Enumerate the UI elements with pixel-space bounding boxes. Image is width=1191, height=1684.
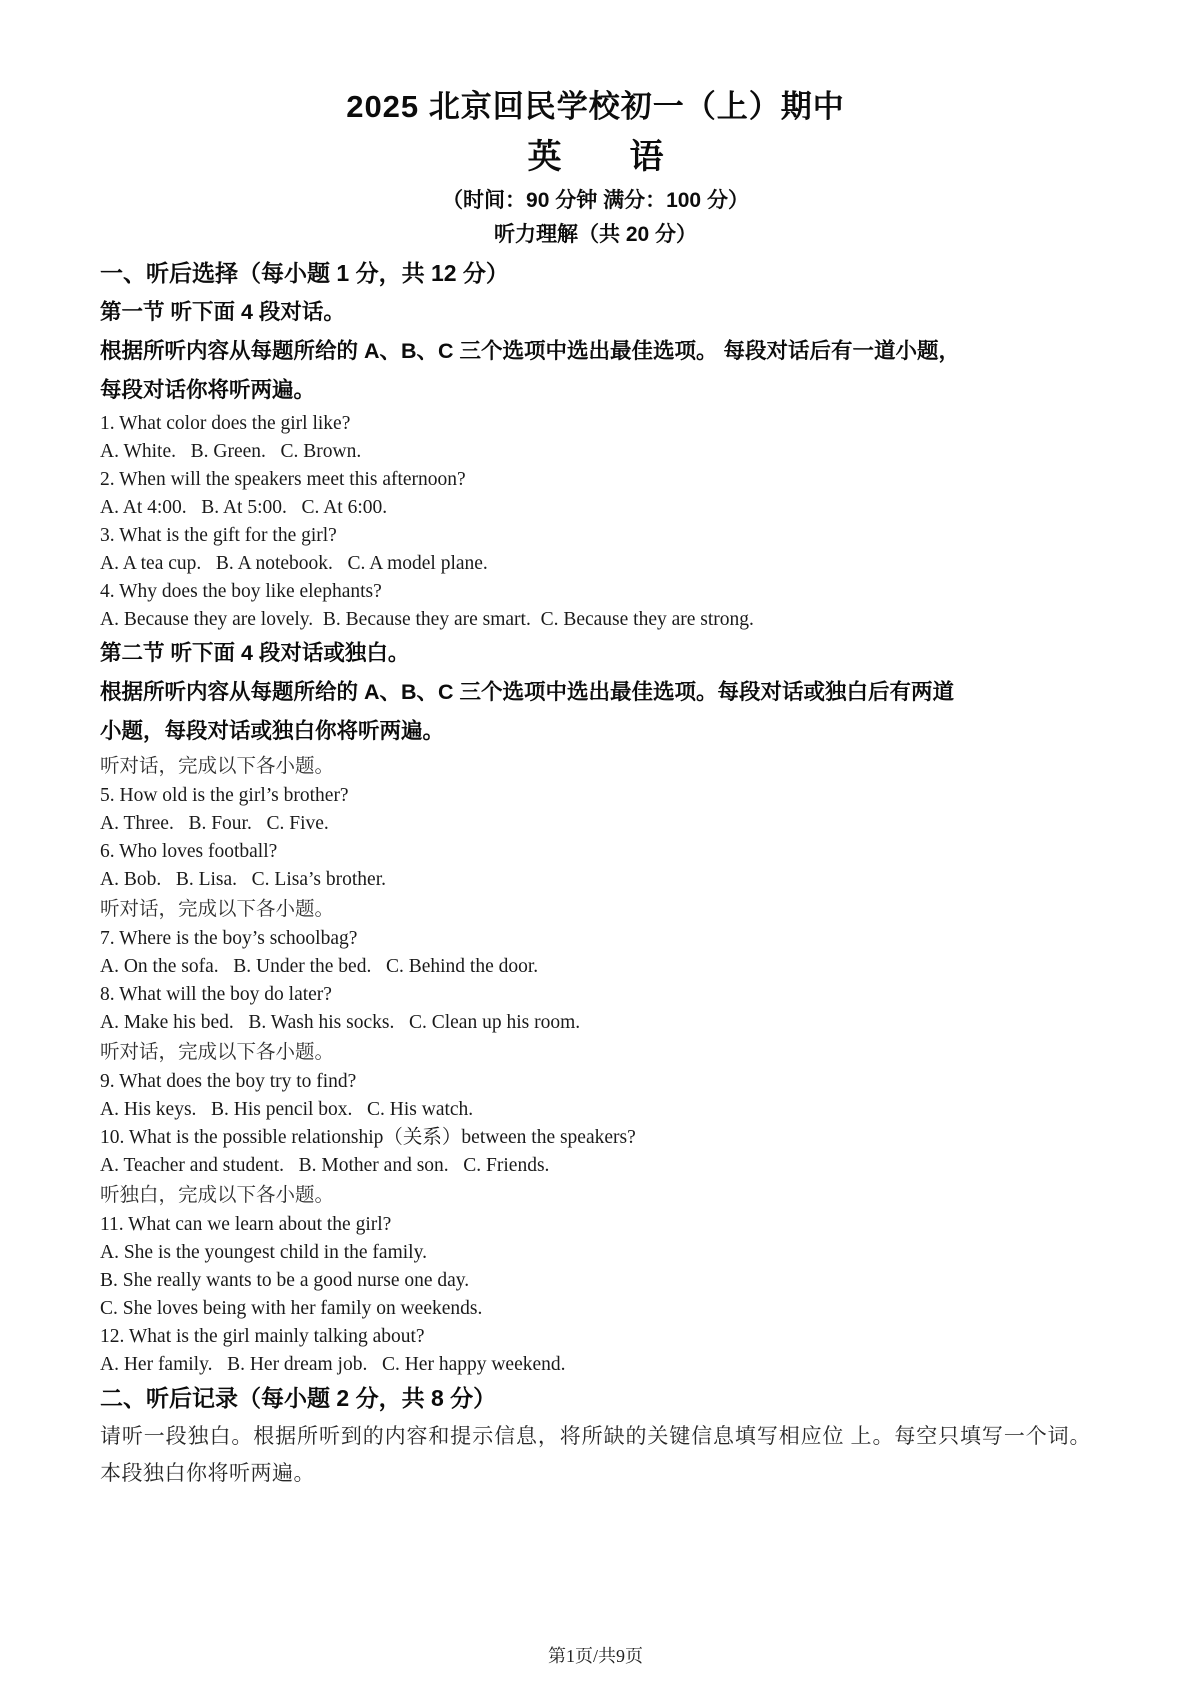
options-5: A. Three. B. Four. C. Five. xyxy=(100,810,1091,838)
question-3: 3. What is the gift for the girl? xyxy=(100,522,1091,550)
exam-title: 2025 北京回民学校初一（上）期中 xyxy=(100,84,1091,130)
options-2: A. At 4:00. B. At 5:00. C. At 6:00. xyxy=(100,494,1091,522)
question-11: 11. What can we learn about the girl? xyxy=(100,1211,1091,1239)
options-9: A. His keys. B. His pencil box. C. His w… xyxy=(100,1096,1091,1124)
options-11-c: C. She loves being with her family on we… xyxy=(100,1295,1091,1323)
question-1: 1. What color does the girl like? xyxy=(100,410,1091,438)
question-5: 5. How old is the girl’s brother? xyxy=(100,782,1091,810)
section-1-heading: 一、听后选择（每小题 1 分，共 12 分） xyxy=(100,254,1091,293)
question-10: 10. What is the possible relationship（关系… xyxy=(100,1124,1091,1152)
question-2: 2. When will the speakers meet this afte… xyxy=(100,466,1091,494)
part-1-heading: 第一节 听下面 4 段对话。 xyxy=(100,293,1091,332)
question-12: 12. What is the girl mainly talking abou… xyxy=(100,1323,1091,1351)
dialog-prompt-3: 听对话，完成以下各小题。 xyxy=(100,1037,1091,1068)
part-1-instructions-1: 根据所听内容从每题所给的 A、B、C 三个选项中选出最佳选项。 每段对话后有一道… xyxy=(100,332,1091,371)
options-12: A. Her family. B. Her dream job. C. Her … xyxy=(100,1351,1091,1379)
exam-body: 一、听后选择（每小题 1 分，共 12 分）第一节 听下面 4 段对话。根据所听… xyxy=(100,254,1091,1492)
part-1-instructions-2: 每段对话你将听两遍。 xyxy=(100,371,1091,410)
dialog-prompt-2: 听对话，完成以下各小题。 xyxy=(100,894,1091,925)
exam-time-score: （时间：90 分钟 满分：100 分） xyxy=(100,184,1091,218)
exam-header: 2025 北京回民学校初一（上）期中 英 语 （时间：90 分钟 满分：100 … xyxy=(100,84,1091,252)
question-9: 9. What does the boy try to find? xyxy=(100,1068,1091,1096)
section-2-instructions: 请听一段独白。根据所听到的内容和提示信息，将所缺的关键信息填写相应位 上。每空只… xyxy=(100,1418,1091,1492)
exam-page: 2025 北京回民学校初一（上）期中 英 语 （时间：90 分钟 满分：100 … xyxy=(0,0,1191,1684)
part-2-heading: 第二节 听下面 4 段对话或独白。 xyxy=(100,634,1091,673)
section-2-heading: 二、听后记录（每小题 2 分，共 8 分） xyxy=(100,1379,1091,1418)
options-3: A. A tea cup. B. A notebook. C. A model … xyxy=(100,550,1091,578)
question-7: 7. Where is the boy’s schoolbag? xyxy=(100,925,1091,953)
question-8: 8. What will the boy do later? xyxy=(100,981,1091,1009)
monolog-prompt-1: 听独白，完成以下各小题。 xyxy=(100,1180,1091,1211)
page-number: 第1页/共9页 xyxy=(548,1646,643,1666)
options-11-a: A. She is the youngest child in the fami… xyxy=(100,1239,1091,1267)
question-6: 6. Who loves football? xyxy=(100,838,1091,866)
exam-subject-title: 英 语 xyxy=(100,130,1091,184)
options-11-b: B. She really wants to be a good nurse o… xyxy=(100,1267,1091,1295)
options-1: A. White. B. Green. C. Brown. xyxy=(100,438,1091,466)
options-7: A. On the sofa. B. Under the bed. C. Beh… xyxy=(100,953,1091,981)
page-footer: 第1页/共9页 xyxy=(0,1642,1191,1668)
dialog-prompt-1: 听对话，完成以下各小题。 xyxy=(100,751,1091,782)
part-2-instructions-1: 根据所听内容从每题所给的 A、B、C 三个选项中选出最佳选项。每段对话或独白后有… xyxy=(100,673,1091,712)
question-4: 4. Why does the boy like elephants? xyxy=(100,578,1091,606)
options-8: A. Make his bed. B. Wash his socks. C. C… xyxy=(100,1009,1091,1037)
options-6: A. Bob. B. Lisa. C. Lisa’s brother. xyxy=(100,866,1091,894)
options-4: A. Because they are lovely. B. Because t… xyxy=(100,606,1091,634)
options-10: A. Teacher and student. B. Mother and so… xyxy=(100,1152,1091,1180)
part-2-instructions-2: 小题，每段对话或独白你将听两遍。 xyxy=(100,712,1091,751)
listening-section-title: 听力理解（共 20 分） xyxy=(100,218,1091,252)
